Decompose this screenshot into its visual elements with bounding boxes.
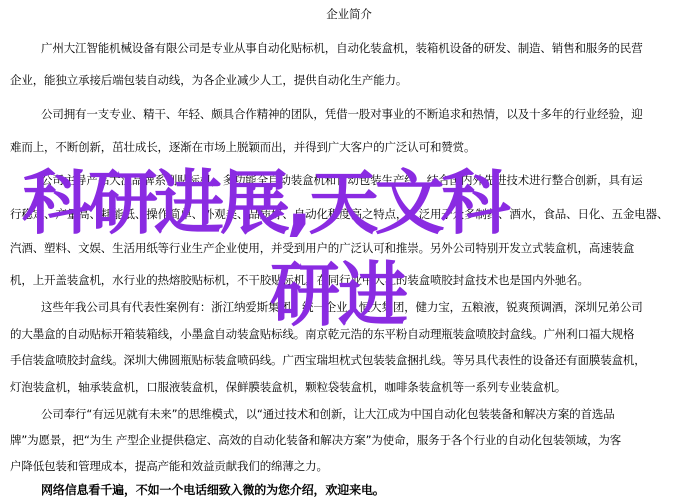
paragraph-3-line-1: 公司主导产品大江品牌系列贴标机，多功能全自动装盒机和自动包装生产线，结合国内外先… <box>41 172 643 188</box>
contact-call-to-action: 网络信息看千遍，不如一个电话细致入微的为您介绍，欢迎来电。 <box>41 482 385 498</box>
paragraph-3-line-4: 机，上开盖装盒机，水行业的热熔胶贴标机，不干胶贴标机。在同行业中大江的装盒喷胶封… <box>10 272 589 288</box>
paragraph-4-line-4: 灯泡装盒机，轴承装盒机，口服液装盒机，保鲜膜装盒机，颗粒袋装盒机，咖啡条装盒机等… <box>10 379 566 395</box>
paragraph-4-line-1: 这些年我公司具有代表性案例有：浙江纳爱斯集团，统一企业，恒大集团，健力宝，五粮液… <box>41 299 643 315</box>
paragraph-5-line-2: 牌”为愿景，把“为生 产型企业提供稳定、高效的自动化装备和解决方案”为使命，服务… <box>10 432 621 448</box>
paragraph-1-line-1: 广州大江智能机械设备有限公司是专业从事自动化贴标机，自动化装盒机，装箱机设备的研… <box>41 40 643 56</box>
paragraph-5-line-3: 户降低包装和管理成本，提高产能和效益贡献我们的绵薄之力。 <box>10 458 328 474</box>
paragraph-3-line-3: 汽酒、塑料、文娱、生活用纸等行业生产企业使用，并受到用户的广泛认可和推崇。另外公… <box>10 240 634 256</box>
paragraph-1-line-2: 企业，能独立承接后端包装自动线，为各企业减少人工，提供自动化生产能力。 <box>10 72 407 88</box>
paragraph-4-line-3: 手信装盒喷胶封盒线。深圳大佛圆瓶贴标装盒喷码线。广西宝瑞坦枕式包装装盒捆扎线。等… <box>10 352 646 368</box>
paragraph-2-line-2: 难而上，不断创新，茁壮成长，逐渐在市场上脱颖而出，并得到广大客户的广泛认可和赞赏… <box>10 139 475 155</box>
page-title: 企业简介 <box>0 6 698 22</box>
paragraph-5-line-1: 公司奉行“有远见就有未来”的思维模式，以“通过技术和创新，让大江成为中国自动化包… <box>41 406 615 422</box>
paragraph-4-line-2: 的大墨盒的自动贴标开箱装箱线，小墨盒自动装盒贴标线。南京乾元浩的东平粉自动理瓶装… <box>10 326 634 342</box>
paragraph-3-line-2: 行稳定、产量高、耗能低、操作简单、外观美、品质好、自动化程度高之特点，广泛用于众… <box>10 206 668 222</box>
paragraph-2-line-1: 公司拥有一支专业、精干、年轻、颇具合作精神的团队，凭借一股对事业的不断追求和热情… <box>41 106 643 122</box>
overlay-headline-line-2: 研进 <box>270 260 406 330</box>
